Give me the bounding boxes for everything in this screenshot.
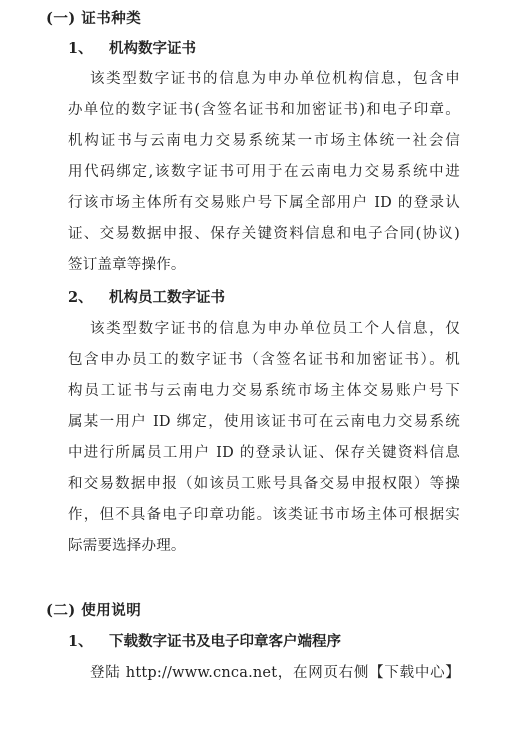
section-heading-1: (一) 证书种类 [46,10,141,28]
item-number: 1、 [68,40,109,58]
paragraph-line: 签订盖章等操作。 [68,256,460,274]
paragraph-line: 行该市场主体所有交易账户号下属全部用户 ID 的登录认 [68,194,460,212]
item-number: 2、 [68,289,109,307]
item-title: 下载数字证书及电子印章客户端程序 [109,633,341,650]
paragraph-line: 属某一用户 ID 绑定，使用该证书可在云南电力交易系统 [68,413,460,431]
paragraph-line: 该类型数字证书的信息为申办单位员工个人信息，仅 [90,320,460,338]
subsection-heading-1-1: 1、机构数字证书 [68,40,196,58]
paragraph-line: 证、交易数据申报、保存关键资料信息和电子合同(协议) [68,225,460,243]
paragraph-line: 构员工证书与云南电力交易系统市场主体交易账户号下 [68,382,460,400]
item-title: 机构数字证书 [109,40,196,57]
subsection-heading-1-2: 2、机构员工数字证书 [68,289,225,307]
document-page: (一) 证书种类 1、机构数字证书 该类型数字证书的信息为申办单位机构信息，包含… [0,0,511,729]
paragraph-line: 办单位的数字证书(含签名证书和加密证书)和电子印章。 [68,101,460,119]
paragraph-line: 和交易数据申报（如该员工账号具备交易申报权限）等操 [68,475,460,493]
paragraph-line: 中进行所属员工用户 ID 的登录认证、保存关键资料信息 [68,444,460,462]
paragraph-line: 包含申办员工的数字证书（含签名证书和加密证书）。机 [68,351,460,369]
paragraph-line: 际需要选择办理。 [68,537,460,555]
item-number: 1、 [68,633,109,651]
paragraph-line: 机构证书与云南电力交易系统某一市场主体统一社会信 [68,132,460,150]
subsection-heading-2-1: 1、下载数字证书及电子印章客户端程序 [68,633,341,651]
paragraph-line: 该类型数字证书的信息为申办单位机构信息，包含申 [90,70,460,88]
section-heading-2: (二) 使用说明 [46,602,141,620]
item-title: 机构员工数字证书 [109,289,225,306]
paragraph-line: 登陆 http://www.cnca.net，在网页右侧【下载中心】 [90,664,460,682]
paragraph-line: 用代码绑定,该数字证书可用于在云南电力交易系统中进 [68,163,460,181]
paragraph-line: 作，但不具备电子印章功能。该类证书市场主体可根据实 [68,506,460,524]
